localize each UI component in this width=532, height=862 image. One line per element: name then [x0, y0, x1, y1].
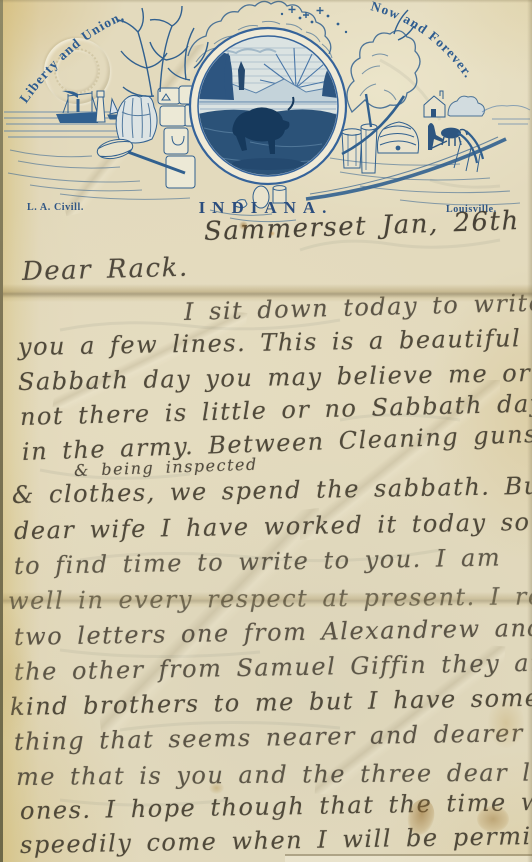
scan-edge-top	[0, 0, 532, 3]
letter-line: me that is you and the three dear little	[16, 758, 532, 791]
wheat-sheaf	[116, 95, 157, 143]
letter-line: the other from Samuel Giffin they are	[14, 648, 532, 686]
page-under-edge	[285, 854, 532, 862]
plowman-and-horse	[428, 123, 467, 150]
letter-line: ones. I hope though that the time will	[20, 787, 532, 825]
letter-line: I sit down today to write	[184, 289, 532, 326]
liberty-banner-text: Liberty and Union,	[16, 8, 126, 106]
letter-line: well in every respect at present. I recd	[8, 582, 532, 615]
scan-edge-left	[0, 0, 3, 862]
ground-left	[8, 150, 190, 199]
indiana-seal-vignette	[190, 28, 346, 184]
letter-line: you a few lines. This is a beautiful	[18, 324, 522, 361]
distant-trees	[448, 96, 484, 116]
letter-line: Sabbath day you may believe me or	[18, 359, 532, 396]
beehive-skep	[377, 122, 418, 153]
letter-line: speedily come when I will be permit-	[20, 822, 532, 859]
house	[424, 91, 445, 117]
letter-salutation: Dear Rack.	[22, 253, 189, 287]
letter-line: thing that seems nearer and dearer to	[14, 718, 532, 756]
lighthouse	[96, 91, 105, 122]
letter-line: two letters one from Alexandrew and	[14, 614, 532, 651]
scan-edge-right	[527, 0, 532, 862]
letter-line: kind brothers to me but I have some	[10, 684, 532, 721]
scanned-letter-page: Liberty and Union, Now and Forever. L. A…	[0, 0, 532, 862]
letter-line: dear wife I have worked it today so as	[14, 507, 532, 545]
log	[232, 158, 304, 170]
steamship	[56, 91, 102, 123]
letter-line: to find time to write to you. I am	[14, 544, 502, 580]
svg-text:Liberty and Union,: Liberty and Union,	[16, 8, 126, 106]
svg-text:Now and Forever.: Now and Forever.	[369, 0, 476, 81]
forever-banner-text: Now and Forever.	[369, 0, 476, 81]
